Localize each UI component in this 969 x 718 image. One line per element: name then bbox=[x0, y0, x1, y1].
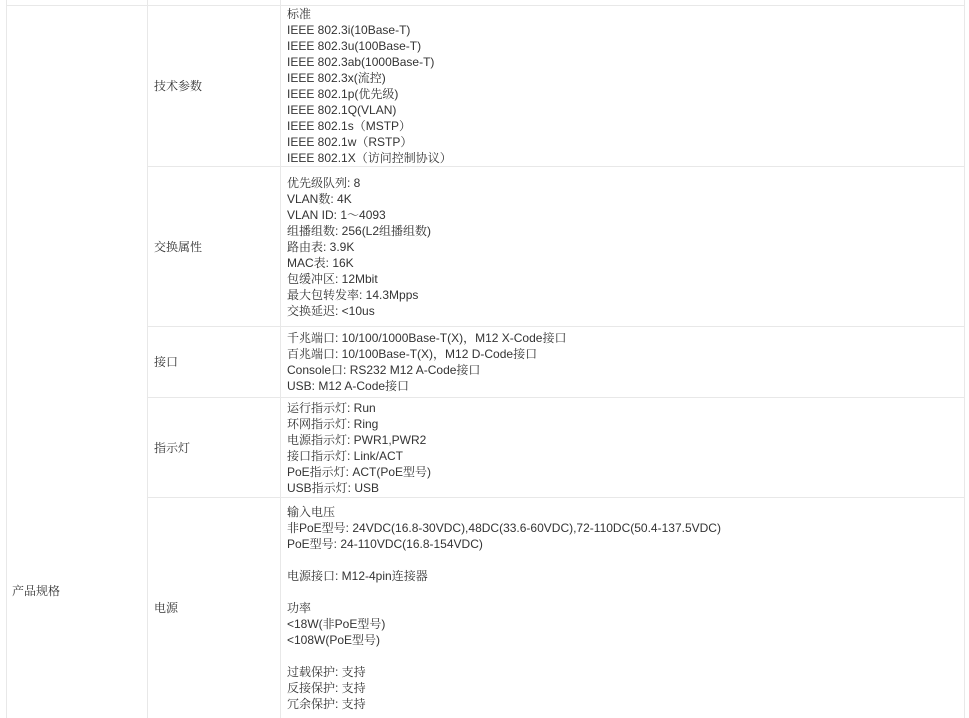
spec-line: IEEE 802.3x(流控) bbox=[287, 70, 964, 86]
spec-line: IEEE 802.1w（RSTP） bbox=[287, 134, 964, 150]
spec-table: 产品规格 技术参数标准IEEE 802.3i(10Base-T)IEEE 802… bbox=[6, 0, 965, 718]
spec-line: 接口指示灯: Link/ACT bbox=[287, 448, 964, 464]
spec-row-content: 优先级队列: 8VLAN数: 4KVLAN ID: 1～4093组播组数: 25… bbox=[280, 167, 964, 326]
spec-line: IEEE 802.3i(10Base-T) bbox=[287, 22, 964, 38]
spec-row: 电源输入电压非PoE型号: 24VDC(16.8-30VDC),48DC(33.… bbox=[148, 498, 964, 718]
spec-line: 功率 bbox=[287, 600, 964, 616]
spec-line: 标准 bbox=[287, 6, 964, 22]
spec-line: IEEE 802.3u(100Base-T) bbox=[287, 38, 964, 54]
spec-line: PoE指示灯: ACT(PoE型号) bbox=[287, 464, 964, 480]
spec-line: 百兆端口: 10/100Base-T(X)，M12 D-Code接口 bbox=[287, 346, 964, 362]
spec-row-label: 电源 bbox=[148, 498, 280, 718]
spec-line: VLAN数: 4K bbox=[287, 191, 964, 207]
spec-row: 指示灯运行指示灯: Run环网指示灯: Ring电源指示灯: PWR1,PWR2… bbox=[148, 398, 964, 498]
spec-row-label: 交换属性 bbox=[148, 167, 280, 326]
spec-row: 技术参数标准IEEE 802.3i(10Base-T)IEEE 802.3u(1… bbox=[148, 6, 964, 167]
spec-group-label: 产品规格 bbox=[12, 583, 60, 599]
spec-line bbox=[287, 552, 964, 568]
spec-line: 环网指示灯: Ring bbox=[287, 416, 964, 432]
spec-row-label: 指示灯 bbox=[148, 398, 280, 497]
spec-line: 千兆端口: 10/100/1000Base-T(X)，M12 X-Code接口 bbox=[287, 330, 964, 346]
spec-line: 电源接口: M12-4pin连接器 bbox=[287, 568, 964, 584]
spec-line: 过载保护: 支持 bbox=[287, 664, 964, 680]
spec-line: Console口: RS232 M12 A-Code接口 bbox=[287, 362, 964, 378]
spec-line: 路由表: 3.9K bbox=[287, 239, 964, 255]
spec-line: USB: M12 A-Code接口 bbox=[287, 378, 964, 394]
spec-rows: 技术参数标准IEEE 802.3i(10Base-T)IEEE 802.3u(1… bbox=[148, 6, 964, 718]
spec-line: IEEE 802.1X（访问控制协议） bbox=[287, 150, 964, 166]
spec-row-content: 千兆端口: 10/100/1000Base-T(X)，M12 X-Code接口百… bbox=[280, 327, 964, 397]
spec-line: PoE型号: 24-110VDC(16.8-154VDC) bbox=[287, 536, 964, 552]
spec-line: IEEE 802.1p(优先级) bbox=[287, 86, 964, 102]
spec-group-cell: 产品规格 bbox=[7, 0, 147, 718]
spec-line: 运行指示灯: Run bbox=[287, 400, 964, 416]
spec-line: 冗余保护: 支持 bbox=[287, 696, 964, 712]
spec-row-content: 运行指示灯: Run环网指示灯: Ring电源指示灯: PWR1,PWR2接口指… bbox=[280, 398, 964, 497]
column-divider-2 bbox=[280, 0, 281, 718]
spec-line: 组播组数: 256(L2组播组数) bbox=[287, 223, 964, 239]
spec-line: VLAN ID: 1～4093 bbox=[287, 207, 964, 223]
spec-row-label: 技术参数 bbox=[148, 6, 280, 166]
spec-line: 交换延迟: <10us bbox=[287, 303, 964, 319]
spec-row-content: 标准IEEE 802.3i(10Base-T)IEEE 802.3u(100Ba… bbox=[280, 6, 964, 166]
spec-line: 优先级队列: 8 bbox=[287, 175, 964, 191]
spec-row: 接口千兆端口: 10/100/1000Base-T(X)，M12 X-Code接… bbox=[148, 327, 964, 398]
spec-line: 包缓冲区: 12Mbit bbox=[287, 271, 964, 287]
spec-line: 反接保护: 支持 bbox=[287, 680, 964, 696]
spec-line: 输入电压 bbox=[287, 504, 964, 520]
spec-line: 非PoE型号: 24VDC(16.8-30VDC),48DC(33.6-60VD… bbox=[287, 520, 964, 536]
spec-line: IEEE 802.3ab(1000Base-T) bbox=[287, 54, 964, 70]
spec-line: IEEE 802.1s（MSTP） bbox=[287, 118, 964, 134]
spec-row-label: 接口 bbox=[148, 327, 280, 397]
column-divider-1 bbox=[147, 0, 148, 718]
spec-line: 电源指示灯: PWR1,PWR2 bbox=[287, 432, 964, 448]
spec-line bbox=[287, 584, 964, 600]
spec-line: <18W(非PoE型号) bbox=[287, 616, 964, 632]
spec-line: IEEE 802.1Q(VLAN) bbox=[287, 102, 964, 118]
spec-row-content: 输入电压非PoE型号: 24VDC(16.8-30VDC),48DC(33.6-… bbox=[280, 498, 964, 718]
spec-line: <108W(PoE型号) bbox=[287, 632, 964, 648]
spec-line bbox=[287, 648, 964, 664]
spec-line: USB指示灯: USB bbox=[287, 480, 964, 496]
spec-row: 交换属性优先级队列: 8VLAN数: 4KVLAN ID: 1～4093组播组数… bbox=[148, 167, 964, 327]
spec-line: 最大包转发率: 14.3Mpps bbox=[287, 287, 964, 303]
spec-line: MAC表: 16K bbox=[287, 255, 964, 271]
